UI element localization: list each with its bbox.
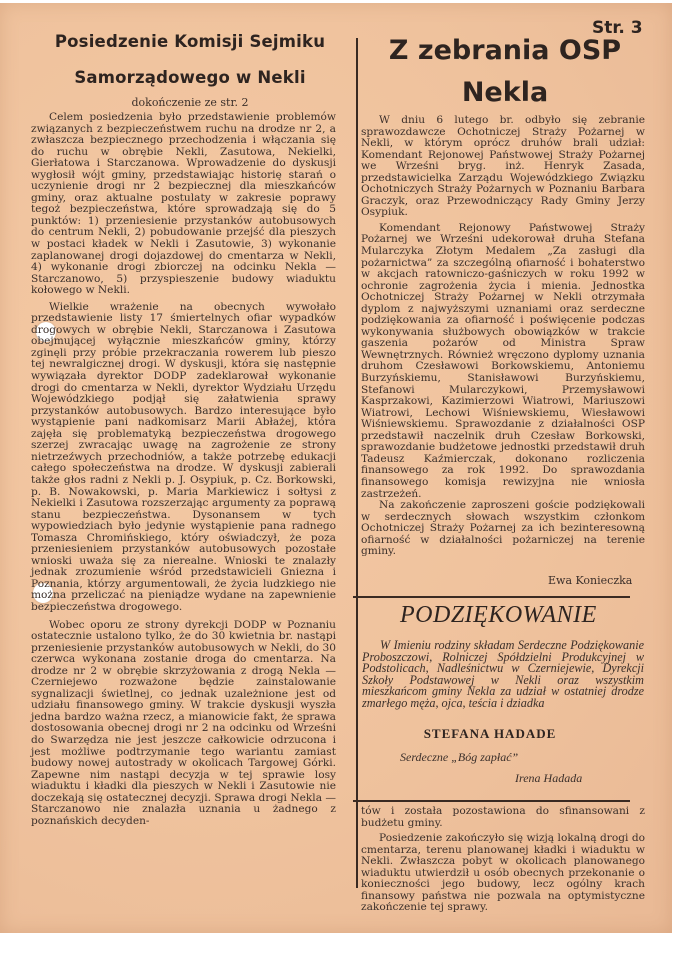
blessing-line: Serdeczne „Bóg zapłać” <box>400 750 518 765</box>
right-article-body: W dniu 6 lutego br. odbyło się zebranie … <box>361 115 645 558</box>
left-article-body: Celem posiedzenia było przedstawienie pr… <box>31 112 336 827</box>
continuation-note: dokończenie ze str. 2 <box>40 96 340 109</box>
paragraph: Celem posiedzenia było przedstawienie pr… <box>31 112 336 297</box>
right-article-title: Z zebrania OSP Nekla <box>370 30 640 114</box>
paragraph: Wielkie wrażenie na obecnych wywołało pr… <box>31 302 336 614</box>
paragraph: Na zakończenie zaproszeni goście podzięk… <box>361 500 645 558</box>
right-title-line-1: Z zebrania OSP <box>370 30 640 72</box>
paragraph: Komendant Rejonowy Państwowej Straży Poż… <box>361 223 645 500</box>
paragraph: tów i została pozostawiona do sfinansowa… <box>361 806 645 829</box>
left-title-line-1: Posiedzenie Komisji Sejmiku <box>40 24 340 60</box>
left-title-line-2: Samorządowego w Nekli <box>40 60 340 96</box>
right-title-line-2: Nekla <box>370 72 640 114</box>
column-divider <box>356 38 358 888</box>
thanks-title: PODZIĘKOWANIE <box>400 602 597 629</box>
paragraph: Posiedzenie zakończyło się wizją lokalną… <box>361 833 645 914</box>
left-article-title: Posiedzenie Komisji Sejmiku Samorządoweg… <box>40 24 340 96</box>
author-signature: Ewa Konieczka <box>548 574 632 587</box>
thanks-body: W Imieniu rodziny składam Serdeczne Podz… <box>362 640 644 710</box>
section-divider <box>353 596 630 598</box>
deceased-name: STEFANA HADADE <box>350 726 630 742</box>
thanks-signature: Irena Hadada <box>515 771 582 786</box>
paragraph: W dniu 6 lutego br. odbyło się zebranie … <box>361 115 645 219</box>
left-article-continuation: tów i została pozostawiona do sfinansowa… <box>361 806 645 914</box>
section-divider <box>353 800 630 802</box>
paragraph: Wobec oporu ze strony dyrekcji DODP w Po… <box>31 620 336 828</box>
thanks-paragraph: W Imieniu rodziny składam Serdeczne Podz… <box>362 640 644 710</box>
